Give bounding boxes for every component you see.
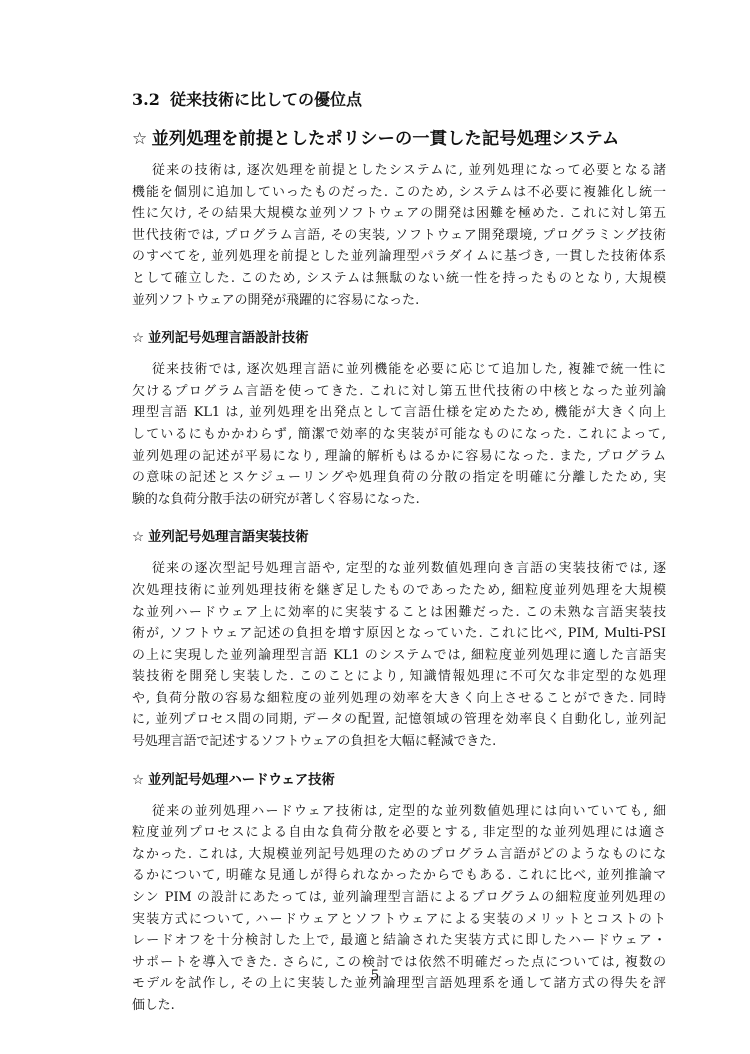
document-page: 3.2従来技術に比しての優位点 ☆並列処理を前提としたポリシーの一貫した記号処理… xyxy=(132,88,666,1033)
paragraph-line: レードオフを十分検討した上で, 最適と結論された実装方式に即したハードウェア・ xyxy=(132,930,666,952)
paragraph-line: 従来の技術は, 逐次処理を前提としたシステムに, 並列処理になって必要となる諸 xyxy=(132,160,666,182)
paragraph-line: 験的な負荷分散手法の研究が著しく容易になった. xyxy=(132,489,666,511)
paragraph-line: の意味の記述とスケジューリングや処理負荷の分散の指定を明確に分離したため, 実 xyxy=(132,467,666,489)
paragraph-line: として確立した. このため, システムは無駄のない統一性を持ったものとなり, 大… xyxy=(132,268,666,290)
star-icon: ☆ xyxy=(132,773,144,788)
paragraph-line: 並列処理の記述が平易になり, 理論的解析もはるかに容易になった. また, プログ… xyxy=(132,446,666,468)
paragraph-line: 粒度並列プロセスによる自由な負荷分散を必要とする, 非定型的な並列処理には適さ xyxy=(132,822,666,844)
paragraph-line: 号処理言語で記述するソフトウェアの負担を大幅に軽減できた. xyxy=(132,731,666,753)
paragraph-line: 従来の逐次型記号処理言語や, 定型的な並列数値処理向き言語の実装技術では, 逐 xyxy=(132,558,666,580)
subsection-paragraph-hardware: 従来の並列処理ハードウェア技術は, 定型的な並列数値処理には向いていても, 細 … xyxy=(132,801,666,1017)
paragraph-line: な並列ハードウェア上に効率的に実装することは困難だった. この未熟な言語実装技 xyxy=(132,602,666,624)
main-heading: ☆並列処理を前提としたポリシーの一貫した記号処理システム xyxy=(132,126,666,152)
paragraph-line: 次処理技術に並列処理技術を継ぎ足したものであったため, 細粒度並列処理を大規模 xyxy=(132,580,666,602)
paragraph-line: 世代技術では, プログラム言語, その実装, ソフトウェア開発環境, プログラミ… xyxy=(132,225,666,247)
paragraph-line: に, 並列プロセス間の同期, データの配置, 記憶領域の管理を効率良く自動化し,… xyxy=(132,709,666,731)
subsection-title: 並列記号処理ハードウェア技術 xyxy=(148,772,335,788)
star-icon: ☆ xyxy=(132,129,148,149)
paragraph-line: や, 負荷分散の容易な細粒度の並列処理の効率を大きく向上させることができた. 同… xyxy=(132,688,666,710)
section-heading: 3.2従来技術に比しての優位点 xyxy=(132,88,666,112)
paragraph-line: シン PIM の設計にあたっては, 並列論理型言語によるプログラムの細粒度並列処… xyxy=(132,887,666,909)
subsection-heading-language-implementation: ☆並列記号処理言語実装技術 xyxy=(132,526,666,548)
paragraph-line: るかについて, 明確な見通しが得られなかったからでもある. これに比べ, 並列推… xyxy=(132,865,666,887)
paragraph-line: 欠けるプログラム言語を使ってきた. これに対し第五世代技術の中核となった並列論 xyxy=(132,381,666,403)
subsection-paragraph-language-implementation: 従来の逐次型記号処理言語や, 定型的な並列数値処理向き言語の実装技術では, 逐 … xyxy=(132,558,666,752)
subsection-paragraph-language-design: 従来技術では, 逐次処理言語に並列機能を必要に応じて追加した, 複雑で統一性に … xyxy=(132,359,666,510)
paragraph-line: しているにもかかわらず, 簡潔で効率的な実装が可能なものになった. これによって… xyxy=(132,424,666,446)
subsection-heading-hardware: ☆並列記号処理ハードウェア技術 xyxy=(132,769,666,791)
paragraph-line: 従来技術では, 逐次処理言語に並列機能を必要に応じて追加した, 複雑で統一性に xyxy=(132,359,666,381)
paragraph-line: 性に欠け, その結果大規模な並列ソフトウェアの開発は困難を極めた. これに対し第… xyxy=(132,203,666,225)
section-title: 従来技術に比しての優位点 xyxy=(170,90,362,109)
star-icon: ☆ xyxy=(132,530,144,545)
paragraph-line: 機能を個別に追加していったものだった. このため, システムは不必要に複雑化し統… xyxy=(132,182,666,204)
paragraph-line: 実装方式について, ハードウェアとソフトウェアによる実装のメリットとコストのト xyxy=(132,909,666,931)
star-icon: ☆ xyxy=(132,331,144,346)
paragraph-line: の上に実現した並列論理型言語 KL1 のシステムでは, 細粒度並列処理に適した言… xyxy=(132,645,666,667)
intro-paragraph: 従来の技術は, 逐次処理を前提としたシステムに, 並列処理になって必要となる諸 … xyxy=(132,160,666,311)
paragraph-line: 装技術を開発し実装した. このことにより, 知識情報処理に不可欠な非定型的な処理 xyxy=(132,666,666,688)
page-number: 5 xyxy=(0,968,750,984)
paragraph-line: 従来の並列処理ハードウェア技術は, 定型的な並列数値処理には向いていても, 細 xyxy=(132,801,666,823)
paragraph-line: のすべてを, 並列処理を前提とした並列論理型パラダイムに基づき, 一貫した技術体… xyxy=(132,246,666,268)
paragraph-line: 価した. xyxy=(132,995,666,1017)
subsection-heading-language-design: ☆並列記号処理言語設計技術 xyxy=(132,327,666,349)
section-number: 3.2 xyxy=(132,88,170,112)
main-heading-text: 並列処理を前提としたポリシーの一貫した記号処理システム xyxy=(152,129,620,149)
subsection-title: 並列記号処理言語設計技術 xyxy=(148,330,309,346)
subsection-title: 並列記号処理言語実装技術 xyxy=(148,529,309,545)
paragraph-line: 理型言語 KL1 は, 並列処理を出発点として言語仕様を定めたため, 機能が大き… xyxy=(132,402,666,424)
paragraph-line: 術が, ソフトウェア記述の負担を増す原因となっていた. これに比べ, PIM, … xyxy=(132,623,666,645)
paragraph-line: なかった. これは, 大規模並列記号処理のためのプログラム言語がどのようなものに… xyxy=(132,844,666,866)
paragraph-line: 並列ソフトウェアの開発が飛躍的に容易になった. xyxy=(132,290,666,312)
